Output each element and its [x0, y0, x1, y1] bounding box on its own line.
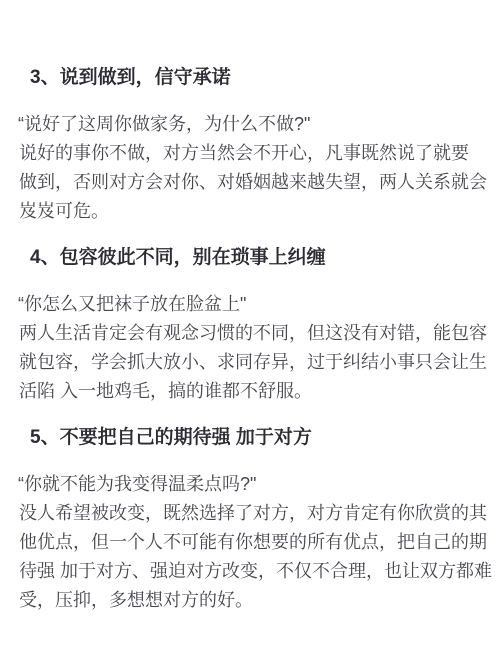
quote-line: “说好了这周你做家务，为什么不做?"	[0, 110, 500, 139]
body-line: 没人希望被改变，既然选择了对方，对方肯定有你欣赏的其	[0, 499, 500, 528]
body-line: 做到，否则对方会对你、对婚姻越来越失望，两人关系就会	[0, 168, 500, 197]
article-page: 3、说到做到，信守承诺 “说好了这周你做家务，为什么不做?" 说好的事你不做，对…	[0, 0, 500, 672]
body-line: 待强 加于对方、强迫对方改变，不仅不合理，也让双方都难	[0, 557, 500, 586]
body-line: 两人生活肯定会有观念习惯的不同，但这没有对错，能包容	[0, 319, 500, 348]
body-line: 说好的事你不做，对方当然会不开心，凡事既然说了就要	[0, 139, 500, 168]
body-line: 他优点，但一个人不可能有你想要的所有优点，把自己的期	[0, 528, 500, 557]
body-line: 岌岌可危。	[0, 197, 500, 226]
section-5: 5、不要把自己的期待强 加于对方 “你就不能为我变得温柔点吗?" 没人希望被改变…	[0, 423, 500, 615]
body-line: 就包容，学会抓大放小、求同存异，过于纠结小事只会让生	[0, 348, 500, 377]
section-3: 3、说到做到，信守承诺 “说好了这周你做家务，为什么不做?" 说好的事你不做，对…	[0, 63, 500, 226]
section-heading: 4、包容彼此不同，别在琐事上纠缠	[0, 243, 500, 272]
body-line: 活陷 入一地鸡毛，搞的谁都不舒服。	[0, 377, 500, 406]
section-heading: 5、不要把自己的期待强 加于对方	[0, 423, 500, 452]
quote-line: “你怎么又把袜子放在脸盆上"	[0, 290, 500, 319]
section-4: 4、包容彼此不同，别在琐事上纠缠 “你怎么又把袜子放在脸盆上" 两人生活肯定会有…	[0, 243, 500, 406]
quote-line: “你就不能为我变得温柔点吗?"	[0, 470, 500, 499]
section-heading: 3、说到做到，信守承诺	[0, 63, 500, 92]
body-line: 受，压抑，多想想对方的好。	[0, 586, 500, 615]
